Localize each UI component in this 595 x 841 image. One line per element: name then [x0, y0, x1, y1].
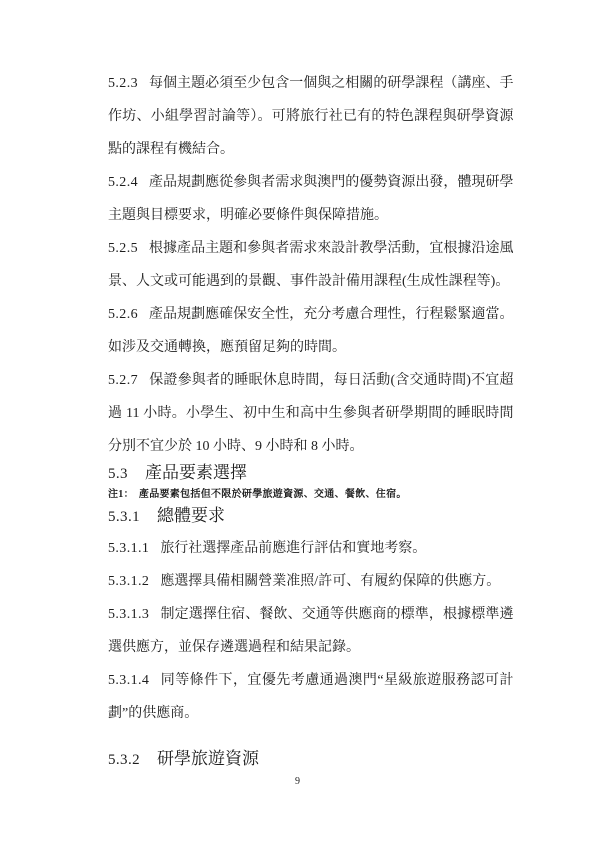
section-title: 產品要素選擇 — [145, 463, 247, 482]
clause-5-2-4: 5.2.4產品規劃應從參與者需求與澳門的優勢資源出發，體現研學主題與目標要求，明… — [108, 166, 514, 232]
clause-text: 保證參與者的睡眠休息時間，每日活動(含交通時間)不宜超過 11 小時。小學生、初… — [108, 373, 514, 454]
clause-number: 5.2.4 — [108, 175, 138, 190]
clause-number: 5.3.1.3 — [108, 607, 149, 622]
clause-5-2-5: 5.2.5根據產品主題和參與者需求來設計教學活動，宜根據沿途風景、人文或可能遇到… — [108, 232, 514, 298]
clause-number: 5.2.5 — [108, 241, 138, 256]
clause-5-3-1-2: 5.3.1.2應選擇具備相關營業准照/許可、有履約保障的供應方。 — [108, 565, 514, 598]
document-page: 5.2.3每個主題必須至少包含一個與之相關的研學課程（講座、手作坊、小組學習討論… — [0, 0, 595, 841]
clause-number: 5.2.7 — [108, 373, 138, 388]
clause-5-2-3: 5.2.3每個主題必須至少包含一個與之相關的研學課程（講座、手作坊、小組學習討論… — [108, 67, 514, 166]
clause-5-3-1-3: 5.3.1.3制定選擇住宿、餐飲、交通等供應商的標準，根據標準遴選供應方，並保存… — [108, 598, 514, 664]
section-number: 5.3.1 — [108, 509, 140, 525]
clause-text: 產品規劃應確保安全性，充分考慮合理性，行程鬆緊適當。如涉及交通轉換，應預留足夠的… — [108, 307, 514, 355]
clause-number: 5.3.1.1 — [108, 541, 149, 556]
clause-text: 旅行社選擇產品前應進行評估和實地考察。 — [160, 541, 426, 556]
clause-text: 制定選擇住宿、餐飲、交通等供應商的標準，根據標準遴選供應方，並保存遴選過程和結果… — [108, 607, 514, 655]
section-title: 總體要求 — [157, 506, 225, 525]
clause-text: 產品規劃應從參與者需求與澳門的優勢資源出發，體現研學主題與目標要求，明確必要條件… — [108, 175, 514, 223]
clause-text: 每個主題必須至少包含一個與之相關的研學課程（講座、手作坊、小組學習討論等）。可將… — [108, 76, 514, 157]
clause-text: 根據產品主題和參與者需求來設計教學活動，宜根據沿途風景、人文或可能遇到的景觀、事… — [108, 241, 514, 289]
section-number: 5.3.2 — [108, 752, 140, 768]
clause-5-3-1-4: 5.3.1.4同等條件下，宜優先考慮通過澳門“星級旅遊服務認可計劃”的供應商。 — [108, 664, 514, 730]
clause-text: 應選擇具備相關營業准照/許可、有履約保障的供應方。 — [160, 574, 500, 589]
clause-number: 5.3.1.4 — [108, 673, 149, 688]
clause-5-3-1-1: 5.3.1.1旅行社選擇產品前應進行評估和實地考察。 — [108, 532, 514, 565]
clause-number: 5.3.1.2 — [108, 574, 149, 589]
clause-number: 5.2.3 — [108, 76, 138, 91]
clause-5-2-6: 5.2.6產品規劃應確保安全性，充分考慮合理性，行程鬆緊適當。如涉及交通轉換，應… — [108, 298, 514, 364]
page-number: 9 — [0, 776, 595, 787]
section-title: 研學旅遊資源 — [157, 749, 259, 768]
note-text: 產品要素包括但不限於研學旅遊資源、交通、餐飲、住宿。 — [139, 489, 407, 500]
section-number: 5.3 — [108, 466, 128, 482]
note-label: 注1： — [108, 489, 134, 500]
clause-number: 5.2.6 — [108, 307, 138, 322]
clause-5-2-7: 5.2.7保證參與者的睡眠休息時間，每日活動(含交通時間)不宜超過 11 小時。… — [108, 364, 514, 463]
clause-text: 同等條件下，宜優先考慮通過澳門“星級旅遊服務認可計劃”的供應商。 — [108, 673, 514, 721]
document-body: 5.2.3每個主題必須至少包含一個與之相關的研學課程（講座、手作坊、小組學習討論… — [108, 67, 514, 775]
section-heading-5-3-2: 5.3.2研學旅遊資源 — [108, 744, 514, 775]
